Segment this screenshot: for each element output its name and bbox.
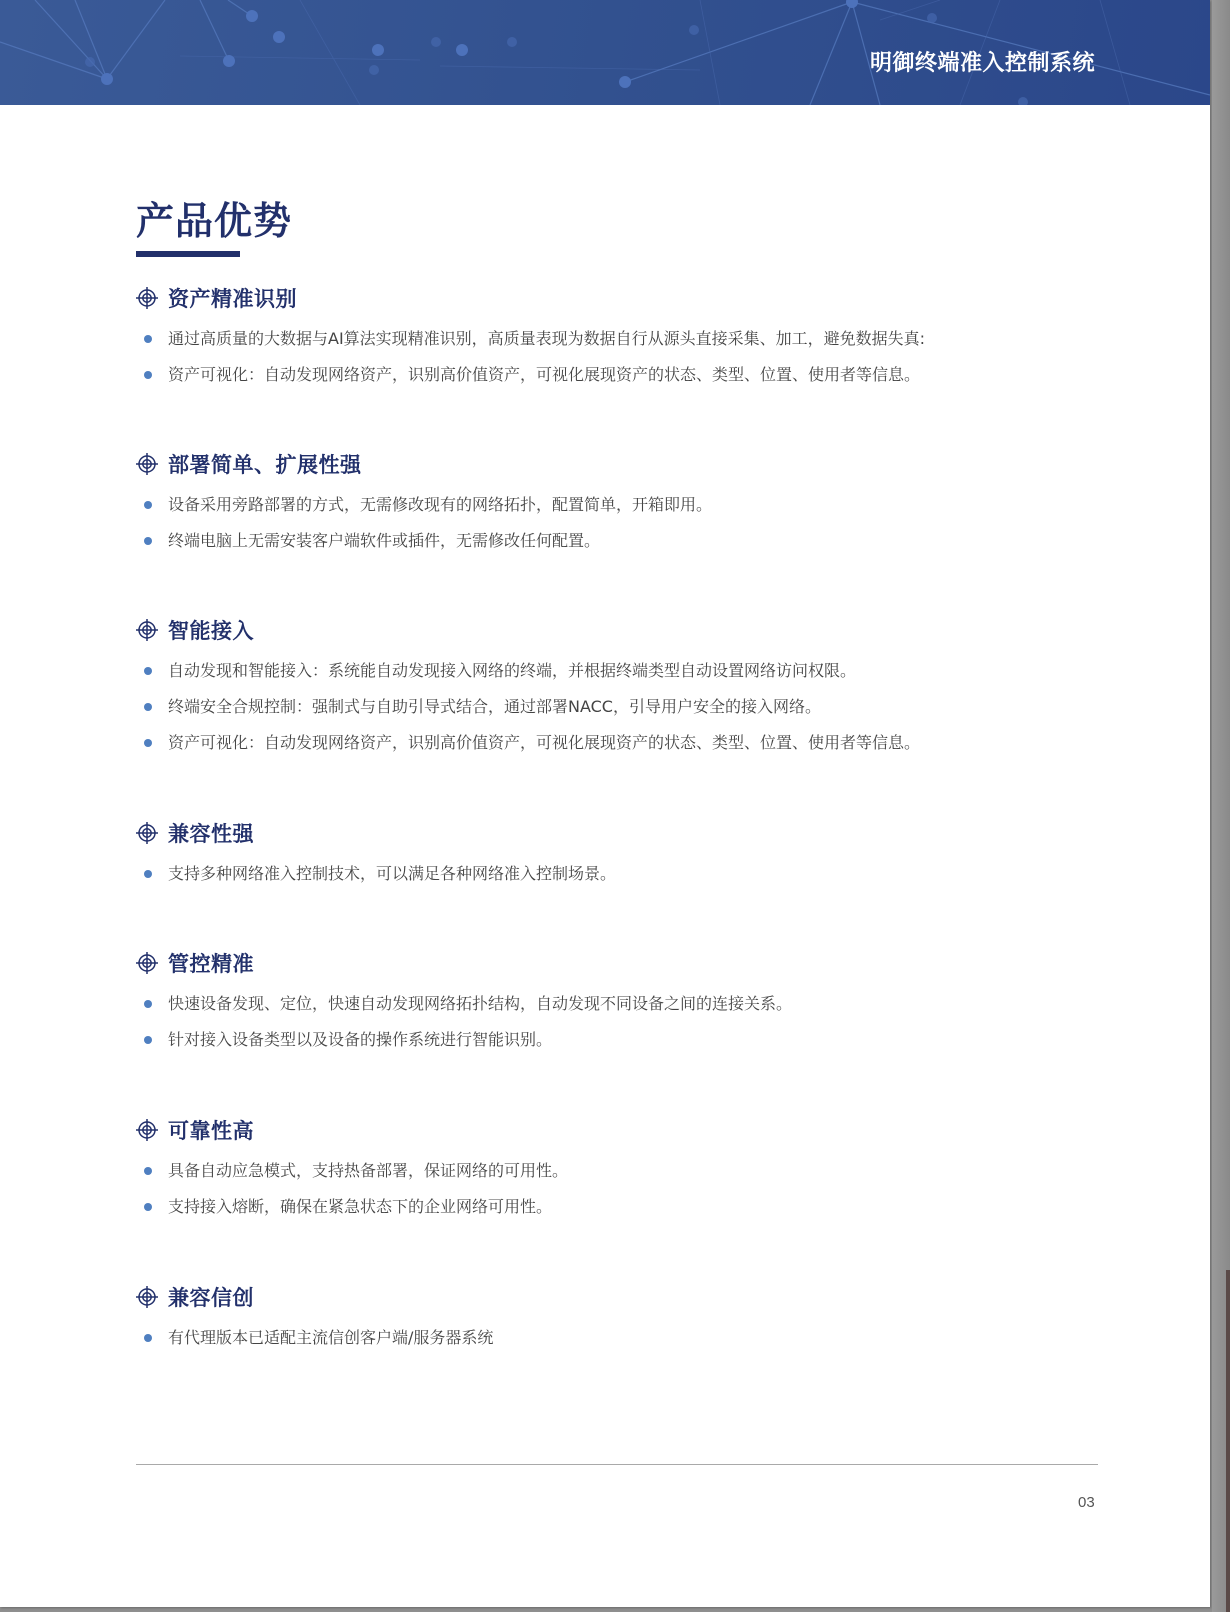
list-item-text: 自动发现和智能接入：系统能自动发现接入网络的终端，并根据终端类型自动设置网络访问… bbox=[168, 661, 856, 680]
target-icon bbox=[136, 287, 158, 309]
bullet-list: 支持多种网络准入控制技术，可以满足各种网络准入控制场景。 bbox=[136, 856, 1096, 892]
target-icon bbox=[136, 1119, 158, 1141]
page-title: 产品优势 bbox=[136, 190, 292, 245]
list-item-text: 终端安全合规控制：强制式与自助引导式结合，通过部署NACC，引导用户安全的接入网… bbox=[168, 697, 821, 716]
bullet-dot bbox=[144, 1000, 152, 1008]
bullet-dot bbox=[144, 667, 152, 675]
bullet-list: 设备采用旁路部署的方式，无需修改现有的网络拓扑，配置简单，开箱即用。 终端电脑上… bbox=[136, 487, 1096, 559]
section-title: 智能接入 bbox=[168, 615, 254, 645]
list-item: 快速设备发现、定位，快速自动发现网络拓扑结构，自动发现不同设备之间的连接关系。 bbox=[136, 986, 1096, 1022]
list-item-text: 快速设备发现、定位，快速自动发现网络拓扑结构，自动发现不同设备之间的连接关系。 bbox=[168, 994, 792, 1013]
bullet-dot bbox=[144, 1036, 152, 1044]
viewer-edge-strip bbox=[1212, 0, 1230, 1612]
list-item-text: 通过高质量的大数据与AI算法实现精准识别，高质量表现为数据自行从源头直接采集、加… bbox=[168, 329, 925, 348]
bullet-list: 通过高质量的大数据与AI算法实现精准识别，高质量表现为数据自行从源头直接采集、加… bbox=[136, 321, 1096, 393]
page-number: 03 bbox=[1078, 1494, 1095, 1511]
adjacent-page-edge bbox=[1226, 1270, 1230, 1612]
list-item: 具备自动应急模式，支持热备部署，保证网络的可用性。 bbox=[136, 1153, 1096, 1189]
list-item: 终端安全合规控制：强制式与自助引导式结合，通过部署NACC，引导用户安全的接入网… bbox=[136, 689, 1096, 725]
target-icon bbox=[136, 619, 158, 641]
section-easy-deployment: 部署简单、扩展性强 设备采用旁路部署的方式，无需修改现有的网络拓扑，配置简单，开… bbox=[136, 449, 1096, 559]
section-title: 管控精准 bbox=[168, 948, 254, 978]
section-title: 兼容性强 bbox=[168, 818, 254, 848]
list-item-text: 终端电脑上无需安装客户端软件或插件，无需修改任何配置。 bbox=[168, 531, 600, 550]
bullet-list: 快速设备发现、定位，快速自动发现网络拓扑结构，自动发现不同设备之间的连接关系。 … bbox=[136, 986, 1096, 1058]
section-smart-access: 智能接入 自动发现和智能接入：系统能自动发现接入网络的终端，并根据终端类型自动设… bbox=[136, 615, 1096, 761]
list-item: 资产可视化：自动发现网络资产，识别高价值资产，可视化展现资产的状态、类型、位置、… bbox=[136, 357, 1096, 393]
title-underline bbox=[136, 251, 240, 257]
bullet-dot bbox=[144, 739, 152, 747]
bullet-dot bbox=[144, 703, 152, 711]
bullet-dot bbox=[144, 335, 152, 343]
target-icon bbox=[136, 822, 158, 844]
list-item-text: 有代理版本已适配主流信创客户端/服务器系统 bbox=[168, 1328, 493, 1347]
list-item-text: 支持接入熔断，确保在紧急状态下的企业网络可用性。 bbox=[168, 1197, 552, 1216]
list-item-text: 设备采用旁路部署的方式，无需修改现有的网络拓扑，配置简单，开箱即用。 bbox=[168, 495, 712, 514]
list-item-text: 资产可视化：自动发现网络资产，识别高价值资产，可视化展现资产的状态、类型、位置、… bbox=[168, 365, 920, 384]
target-icon bbox=[136, 952, 158, 974]
list-item: 终端电脑上无需安装客户端软件或插件，无需修改任何配置。 bbox=[136, 523, 1096, 559]
bullet-list: 具备自动应急模式，支持热备部署，保证网络的可用性。 支持接入熔断，确保在紧急状态… bbox=[136, 1153, 1096, 1225]
list-item: 针对接入设备类型以及设备的操作系统进行智能识别。 bbox=[136, 1022, 1096, 1058]
document-page: 明御终端准入控制系统 产品优势 资产精准识别 通过高质量的大数据与AI算法实现精… bbox=[0, 0, 1210, 1607]
section-high-reliability: 可靠性高 具备自动应急模式，支持热备部署，保证网络的可用性。 支持接入熔断，确保… bbox=[136, 1115, 1096, 1225]
bullet-dot bbox=[144, 501, 152, 509]
bullet-dot bbox=[144, 537, 152, 545]
section-xinchuang-compatibility: 兼容信创 有代理版本已适配主流信创客户端/服务器系统 bbox=[136, 1282, 1096, 1356]
list-item: 设备采用旁路部署的方式，无需修改现有的网络拓扑，配置简单，开箱即用。 bbox=[136, 487, 1096, 523]
section-asset-identification: 资产精准识别 通过高质量的大数据与AI算法实现精准识别，高质量表现为数据自行从源… bbox=[136, 283, 1096, 393]
product-name-header: 明御终端准入控制系统 bbox=[870, 46, 1095, 77]
bullet-dot bbox=[144, 371, 152, 379]
list-item: 通过高质量的大数据与AI算法实现精准识别，高质量表现为数据自行从源头直接采集、加… bbox=[136, 321, 1096, 357]
bullet-dot bbox=[144, 870, 152, 878]
bullet-dot bbox=[144, 1334, 152, 1342]
list-item: 自动发现和智能接入：系统能自动发现接入网络的终端，并根据终端类型自动设置网络访问… bbox=[136, 653, 1096, 689]
bullet-dot bbox=[144, 1203, 152, 1211]
footer-divider bbox=[136, 1464, 1098, 1465]
list-item: 支持接入熔断，确保在紧急状态下的企业网络可用性。 bbox=[136, 1189, 1096, 1225]
section-title: 部署简单、扩展性强 bbox=[168, 449, 362, 479]
bullet-dot bbox=[144, 1167, 152, 1175]
section-title: 兼容信创 bbox=[168, 1282, 254, 1312]
list-item-text: 针对接入设备类型以及设备的操作系统进行智能识别。 bbox=[168, 1030, 552, 1049]
list-item-text: 支持多种网络准入控制技术，可以满足各种网络准入控制场景。 bbox=[168, 864, 616, 883]
list-item: 资产可视化：自动发现网络资产，识别高价值资产，可视化展现资产的状态、类型、位置、… bbox=[136, 725, 1096, 761]
bullet-list: 有代理版本已适配主流信创客户端/服务器系统 bbox=[136, 1320, 1096, 1356]
section-compatibility: 兼容性强 支持多种网络准入控制技术，可以满足各种网络准入控制场景。 bbox=[136, 818, 1096, 892]
list-item: 有代理版本已适配主流信创客户端/服务器系统 bbox=[136, 1320, 1096, 1356]
section-precise-control: 管控精准 快速设备发现、定位，快速自动发现网络拓扑结构，自动发现不同设备之间的连… bbox=[136, 948, 1096, 1058]
target-icon bbox=[136, 453, 158, 475]
list-item: 支持多种网络准入控制技术，可以满足各种网络准入控制场景。 bbox=[136, 856, 1096, 892]
header-banner: 明御终端准入控制系统 bbox=[0, 0, 1210, 105]
section-title: 可靠性高 bbox=[168, 1115, 254, 1145]
bullet-list: 自动发现和智能接入：系统能自动发现接入网络的终端，并根据终端类型自动设置网络访问… bbox=[136, 653, 1096, 761]
list-item-text: 具备自动应急模式，支持热备部署，保证网络的可用性。 bbox=[168, 1161, 568, 1180]
section-title: 资产精准识别 bbox=[168, 283, 297, 313]
list-item-text: 资产可视化：自动发现网络资产，识别高价值资产，可视化展现资产的状态、类型、位置、… bbox=[168, 733, 920, 752]
target-icon bbox=[136, 1286, 158, 1308]
